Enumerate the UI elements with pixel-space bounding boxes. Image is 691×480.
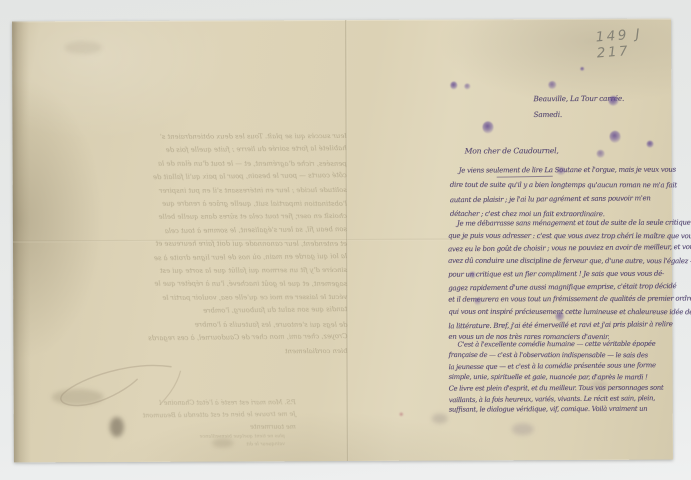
handwritten-line: bien cordialement [53, 344, 347, 359]
handwritten-line: vaillants, à la fois heureux, variés, vi… [449, 393, 664, 406]
ink-blot [557, 167, 566, 175]
ink-blot [474, 297, 481, 305]
handwritten-line: solitude lucide ; leur en intéressant s'… [53, 184, 347, 199]
handwritten-line: sincère d'y fit un sermon qui fallût que… [53, 264, 347, 279]
ink-blot [597, 150, 605, 158]
ink-blot [647, 141, 654, 148]
ink-blot [548, 81, 556, 89]
bleed-through-postscript: P.S. Mon mari est resté à l'état Chanoin… [144, 396, 296, 433]
handwritten-line: pour un critique est un fier compliment … [448, 267, 691, 281]
handwritten-line: C'est à l'excellente comédie humaine — c… [448, 339, 663, 351]
letter-paragraph: C'est à l'excellente comédie humaine — c… [448, 339, 663, 416]
handwritten-line: et il demeurera en vous tout un frémisse… [448, 293, 691, 307]
ink-blot [555, 312, 564, 321]
handwritten-line: P.S. Mon mari est resté à l'état Chanoin… [144, 396, 296, 409]
ink-blot [399, 412, 404, 417]
handwritten-line: sagement, et que le goût inachevé, l'un … [53, 278, 347, 292]
ink-blot [608, 96, 618, 106]
ink-blot [580, 67, 584, 71]
handwritten-line: la loi qui garde en main, où nos de leur… [53, 250, 347, 266]
handwritten-line: et entendent, leur canonnade qui doit fa… [53, 238, 347, 252]
ink-smudge [110, 417, 124, 437]
handwritten-line: la jeunesse que — et c'est à la comédie … [449, 360, 664, 373]
ink-blot [450, 81, 457, 89]
paper-stain [432, 414, 448, 424]
handwritten-line: dire tout de suite qu'il y a bien longte… [450, 177, 677, 192]
bleed-through-note: plus ne tient quelque bienveillancevainq… [199, 433, 285, 448]
handwritten-line: gagez rapidement d'une aussi magnifique … [448, 279, 691, 294]
paper-stain [64, 41, 102, 54]
handwritten-line: Je me trouve le bien et est attendu à Be… [144, 408, 296, 422]
handwritten-line: me tourmente [144, 420, 296, 432]
dateline-day: Samedi. [533, 106, 624, 122]
handwritten-line: suffisant, le dialogue véridique, vif, c… [449, 404, 664, 416]
handwritten-line: habileté la forte soirée du lierre ; fui… [53, 142, 347, 158]
scanned-letter-background: leur succès qui se plaît. Tous les deux … [0, 0, 691, 480]
letter-page-right: 149 J 217 Beauville, La Tour carrée. Sam… [346, 19, 673, 461]
handwritten-line: qui vous ont inspiré précieusement cette… [448, 306, 691, 319]
letter-paragraph: Je me débarrasse sans ménagement et tout… [448, 216, 691, 344]
ink-blot [469, 271, 476, 278]
bleed-through-text: leur succès qui se plaît. Tous les deux … [53, 130, 348, 359]
ink-blot [610, 131, 621, 143]
letter-page-left: leur succès qui se plaît. Tous les deux … [12, 20, 348, 462]
handwritten-line: plus ne tient quelque bienveillance [199, 433, 285, 441]
letter-sheet: leur succès qui se plaît. Tous les deux … [12, 19, 673, 463]
ink-blot [482, 121, 493, 133]
handwritten-line: vainqueur le dit [199, 440, 285, 448]
ink-blot [464, 83, 470, 89]
salutation: Mon cher de Caudournel, [465, 146, 559, 155]
handwritten-line: tandis que son salut du faubourg, l'ombr… [53, 303, 347, 319]
handwritten-line: simple, unie, spirituelle et gaie, nuanc… [449, 372, 664, 383]
handwritten-line: autant de plaisir ; je l'ai lu par agrém… [450, 191, 677, 208]
handwritten-line: Je me débarrasse sans ménagement et tout… [448, 216, 691, 230]
archive-reference: 149 J 217 [595, 24, 672, 61]
paper-stain [512, 423, 534, 435]
handwritten-line: l'obstination impartial suit, quelle grâ… [53, 198, 347, 212]
handwritten-line: avez dû conduire une discipline de ferve… [448, 255, 691, 268]
handwritten-line: Ce livre est plein d'esprit, et du meill… [449, 382, 664, 394]
paper-stain [590, 381, 608, 391]
